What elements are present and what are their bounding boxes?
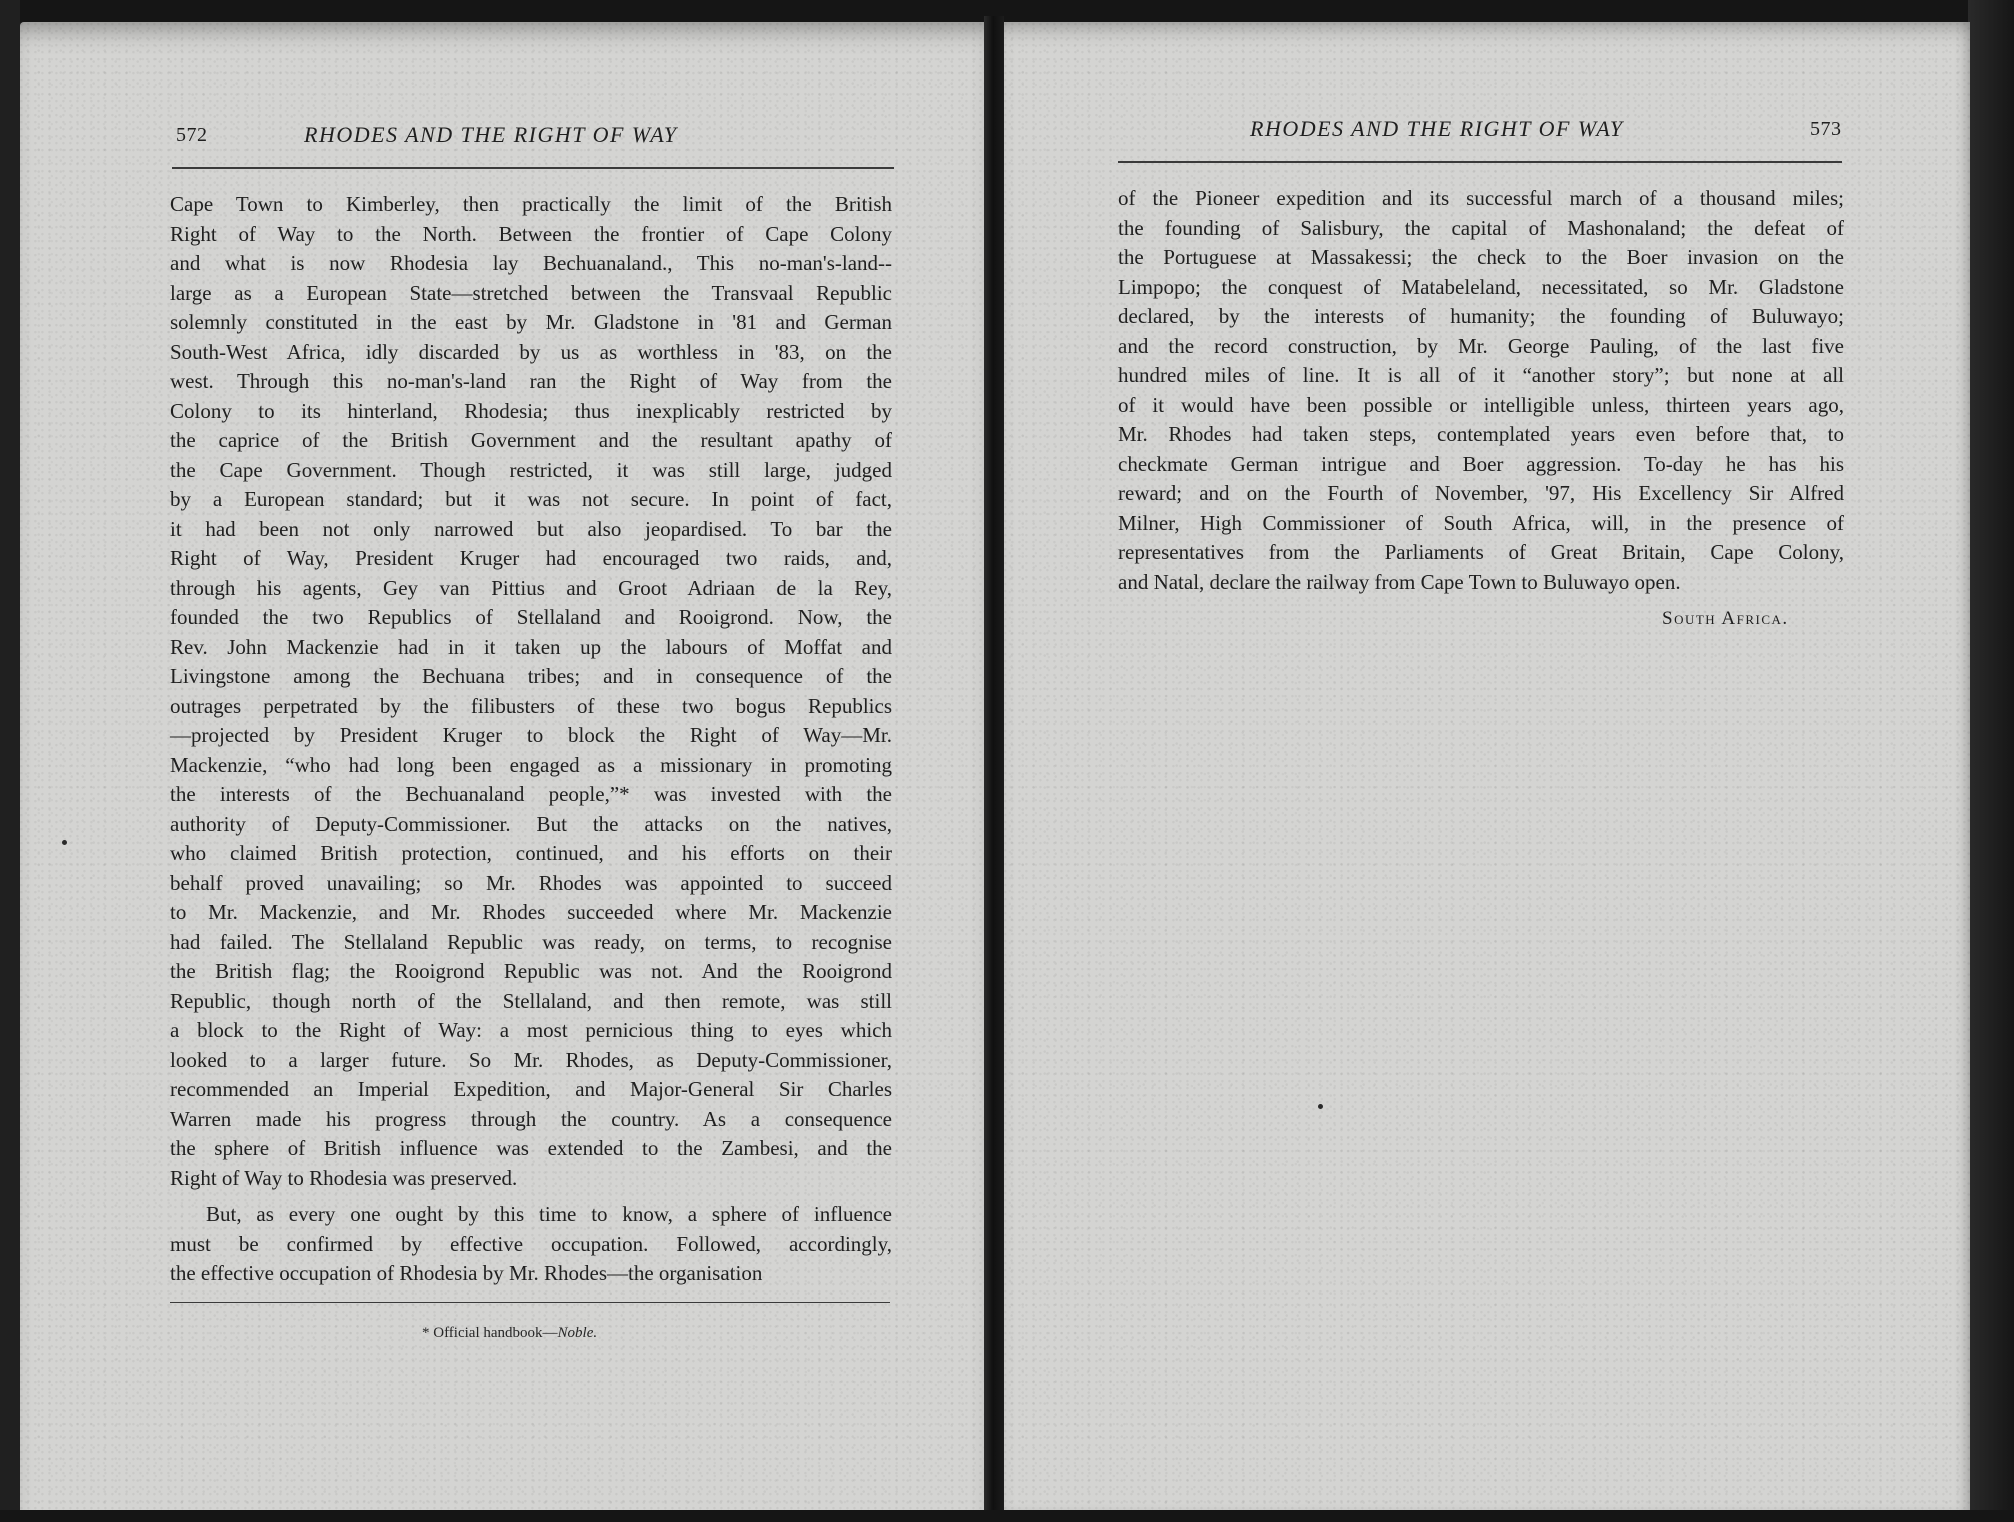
- text-line: the Portuguese at Massakessi; the check …: [1118, 243, 1844, 273]
- text-line: solemnly constituted in the east by Mr. …: [170, 308, 892, 338]
- text-line: Livingstone among the Bechuana tribes; a…: [170, 662, 892, 692]
- footnote: * Official handbook—Noble.: [422, 1325, 597, 1342]
- text-line: But, as every one ought by this time to …: [170, 1200, 892, 1230]
- left-page: 572 RHODES AND THE RIGHT OF WAY Cape Tow…: [20, 22, 984, 1510]
- text-line: representatives from the Parliaments of …: [1118, 538, 1844, 568]
- text-line: through his agents, Gey van Pittius and …: [170, 574, 892, 604]
- right-running-head: RHODES AND THE RIGHT OF WAY 573: [1004, 22, 1970, 62]
- text-line: and the record construction, by Mr. Geor…: [1118, 332, 1844, 362]
- text-line: —projected by President Kruger to block …: [170, 721, 892, 751]
- text-line: recommended an Imperial Expedition, and …: [170, 1075, 892, 1105]
- text-line: west. Through this no-man's-land ran the…: [170, 367, 892, 397]
- text-line: Limpopo; the conquest of Matabeleland, n…: [1118, 273, 1844, 303]
- text-line: and Natal, declare the railway from Cape…: [1118, 568, 1844, 598]
- text-line: looked to a larger future. So Mr. Rhodes…: [170, 1046, 892, 1076]
- scan-border-top: [0, 0, 2014, 22]
- text-line: large as a European State—stretched betw…: [170, 279, 892, 309]
- text-line: the Cape Government. Though restricted, …: [170, 456, 892, 486]
- scan-speck: [62, 840, 67, 845]
- left-head-rule: [172, 167, 894, 169]
- text-line: the British flag; the Rooigrond Republic…: [170, 957, 892, 987]
- footnote-rule: [170, 1302, 890, 1303]
- text-line: Cape Town to Kimberley, then practically…: [170, 190, 892, 220]
- text-line: of it would have been possible or intell…: [1118, 391, 1844, 421]
- text-line: Republic, though north of the Stellaland…: [170, 987, 892, 1017]
- right-head-rule: [1118, 161, 1842, 163]
- text-line: Rev. John Mackenzie had in it taken up t…: [170, 633, 892, 663]
- text-line: the interests of the Bechuanaland people…: [170, 780, 892, 810]
- scan-border-left: [0, 0, 20, 1522]
- left-page-number: 572: [176, 124, 208, 147]
- text-line: a block to the Right of Way: a most pern…: [170, 1016, 892, 1046]
- text-line: the effective occupation of Rhodesia by …: [170, 1259, 892, 1289]
- text-line: the sphere of British influence was exte…: [170, 1134, 892, 1164]
- text-line: hundred miles of line. It is all of it “…: [1118, 361, 1844, 391]
- scan-border-right: [1968, 0, 2014, 1522]
- text-line: reward; and on the Fourth of November, '…: [1118, 479, 1844, 509]
- book-spine: [984, 16, 1004, 1510]
- text-line: Mackenzie, “who had long been engaged as…: [170, 751, 892, 781]
- text-line: Mr. Rhodes had taken steps, contemplated…: [1118, 420, 1844, 450]
- text-line: Warren made his progress through the cou…: [170, 1105, 892, 1135]
- scan-border-bottom: [0, 1510, 2014, 1522]
- text-line: authority of Deputy-Commissioner. But th…: [170, 810, 892, 840]
- text-line: it had been not only narrowed but also j…: [170, 515, 892, 545]
- footnote-text: Official handbook—: [433, 1325, 557, 1341]
- text-line: Right of Way, President Kruger had encou…: [170, 544, 892, 574]
- right-body-text: of the Pioneer expedition and its succes…: [1118, 184, 1844, 597]
- text-line: checkmate German intrigue and Boer aggre…: [1118, 450, 1844, 480]
- right-page: RHODES AND THE RIGHT OF WAY 573 of the P…: [1004, 22, 1970, 1510]
- text-line: of the Pioneer expedition and its succes…: [1118, 184, 1844, 214]
- footnote-marker: *: [422, 1325, 430, 1341]
- text-line: Colony to its hinterland, Rhodesia; thus…: [170, 397, 892, 427]
- text-line: to Mr. Mackenzie, and Mr. Rhodes succeed…: [170, 898, 892, 928]
- text-line: behalf proved unavailing; so Mr. Rhodes …: [170, 869, 892, 899]
- text-line: outrages perpetrated by the filibusters …: [170, 692, 892, 722]
- text-line: the founding of Salisbury, the capital o…: [1118, 214, 1844, 244]
- text-line: must be confirmed by effective occupatio…: [170, 1230, 892, 1260]
- left-body-text: Cape Town to Kimberley, then practically…: [170, 190, 892, 1193]
- text-line: founded the two Republics of Stellaland …: [170, 603, 892, 633]
- text-line: and what is now Rhodesia lay Bechuanalan…: [170, 249, 892, 279]
- text-line: the caprice of the British Government an…: [170, 426, 892, 456]
- left-running-title: RHODES AND THE RIGHT OF WAY: [304, 122, 678, 148]
- right-page-number: 573: [1810, 118, 1842, 141]
- scan-speck: [1318, 1104, 1323, 1109]
- text-line: had failed. The Stellaland Republic was …: [170, 928, 892, 958]
- text-line: South-West Africa, idly discarded by us …: [170, 338, 892, 368]
- text-line: Right of Way to Rhodesia was preserved.: [170, 1164, 892, 1194]
- right-running-title: RHODES AND THE RIGHT OF WAY: [1250, 116, 1624, 142]
- left-running-head: 572 RHODES AND THE RIGHT OF WAY: [20, 22, 984, 62]
- left-body-paragraph-2: But, as every one ought by this time to …: [170, 1200, 892, 1289]
- text-line: declared, by the interests of humanity; …: [1118, 302, 1844, 332]
- footnote-source: Noble.: [558, 1325, 598, 1341]
- text-line: Milner, High Commissioner of South Afric…: [1118, 509, 1844, 539]
- text-line: by a European standard; but it was not s…: [170, 485, 892, 515]
- text-line: who claimed British protection, continue…: [170, 839, 892, 869]
- text-line: Right of Way to the North. Between the f…: [170, 220, 892, 250]
- signature: South Africa.: [1662, 608, 1789, 630]
